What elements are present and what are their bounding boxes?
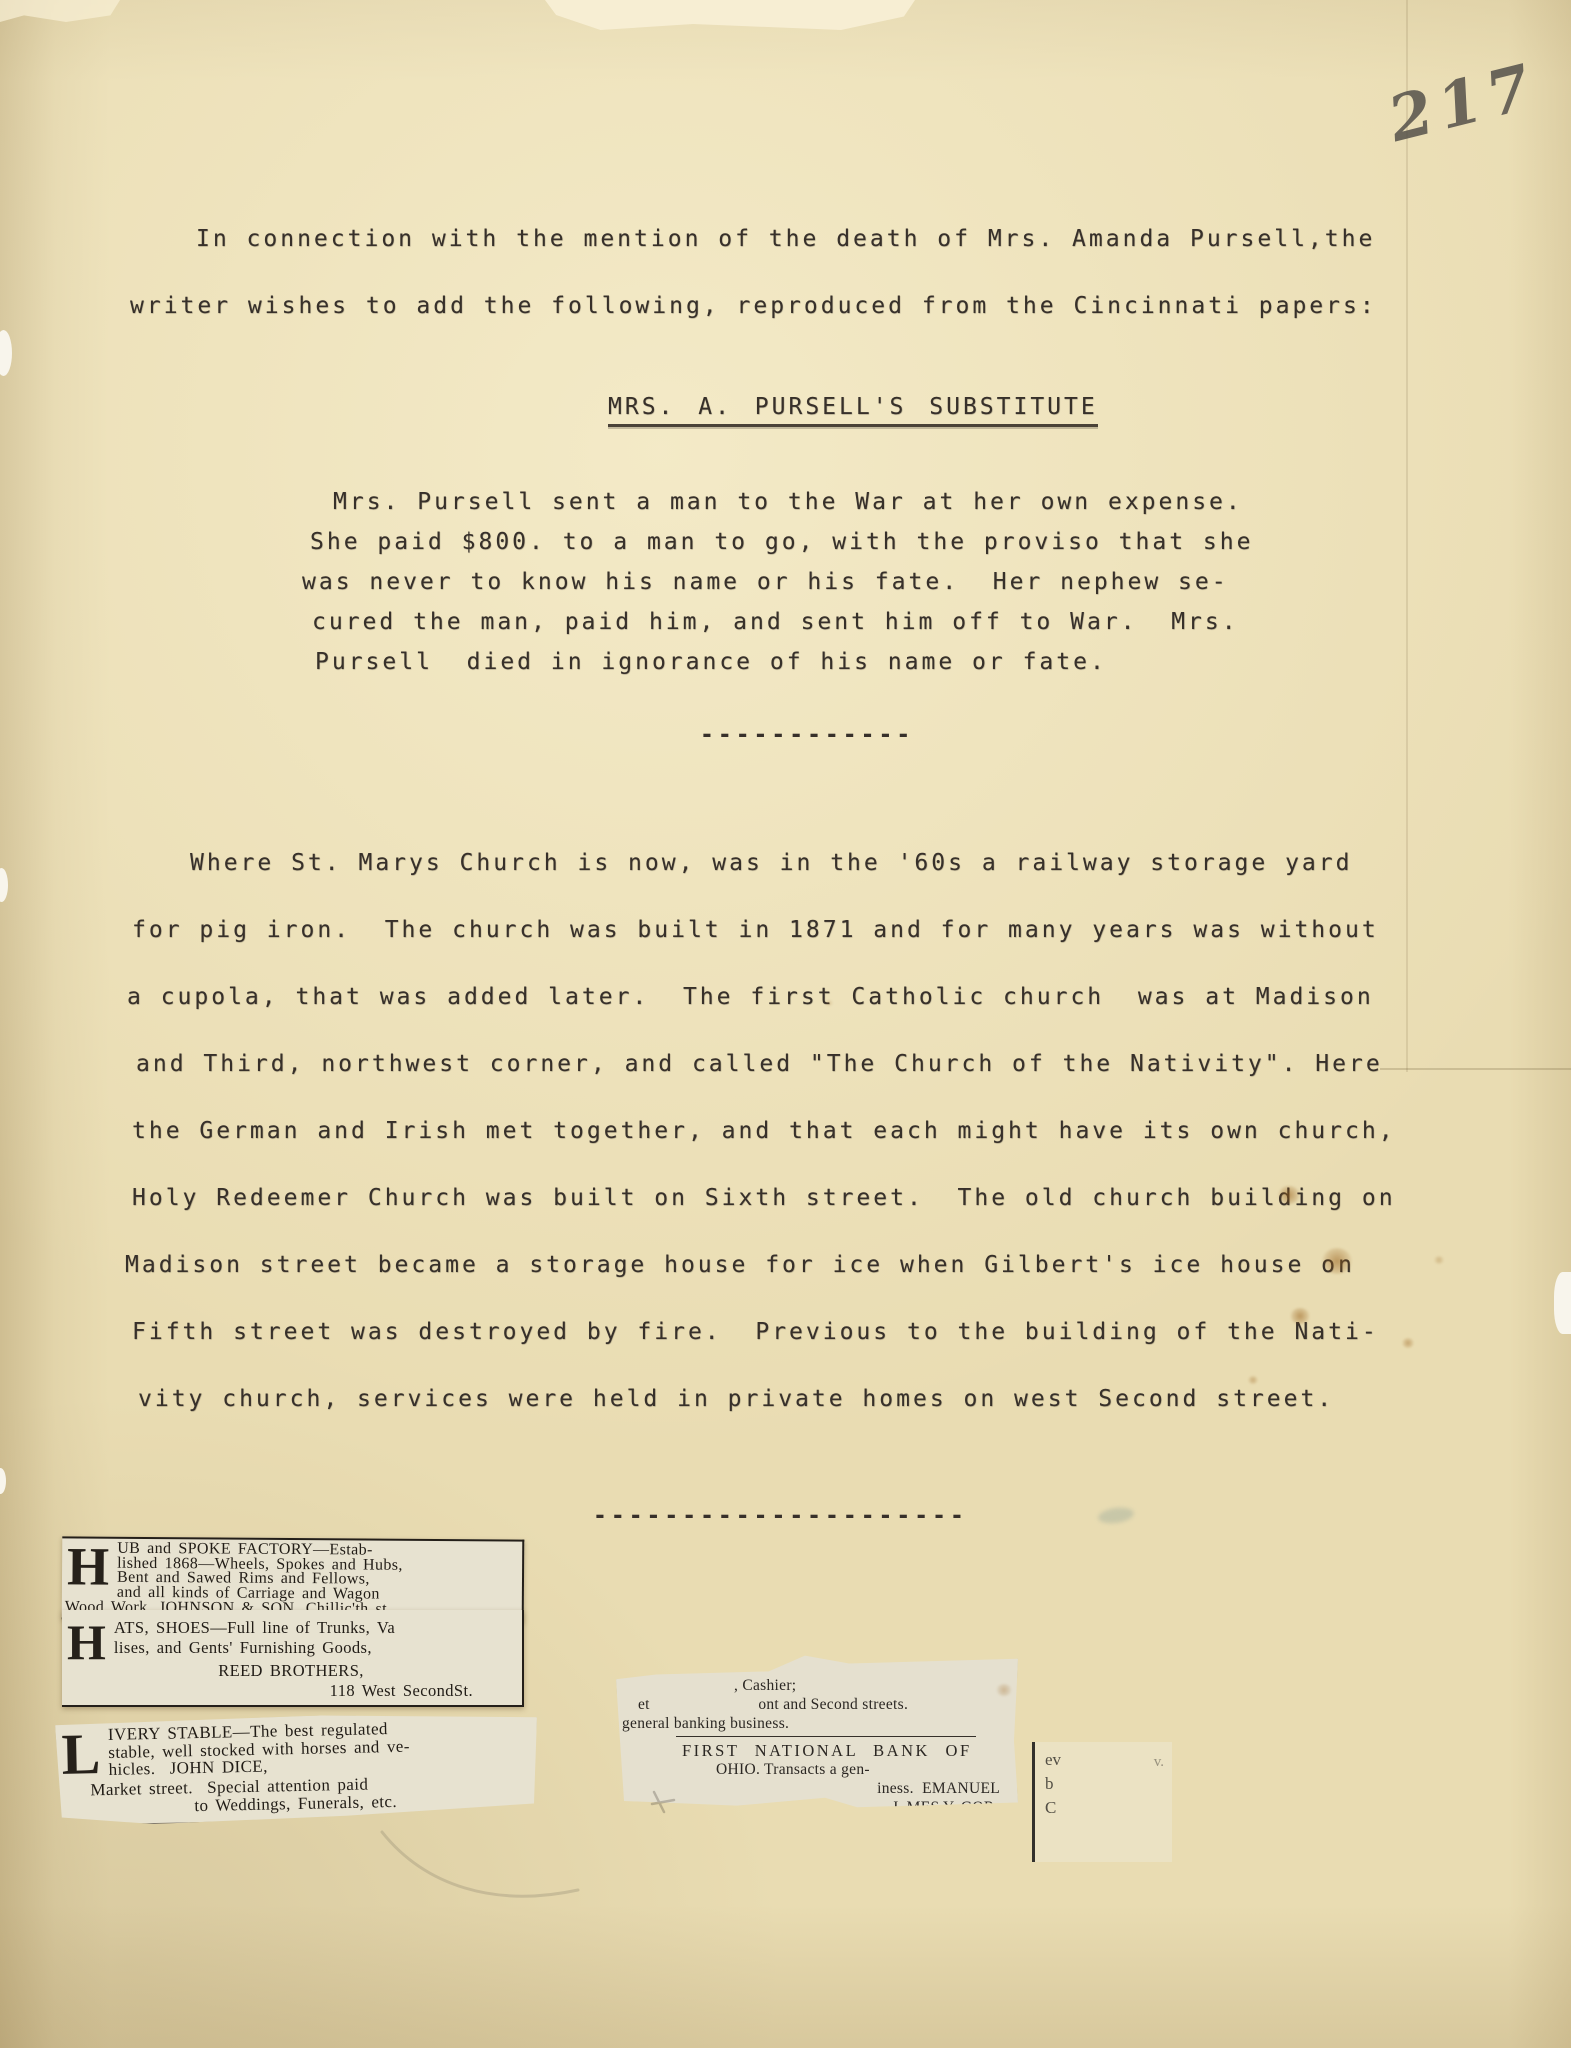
typed-line: She paid $800. to a man to go, with the … <box>310 522 1253 562</box>
scanned-page: 217 In connection with the mention of th… <box>0 0 1571 2048</box>
article-title: MRS. A. PURSELL'S SUBSTITUTE <box>608 394 1098 427</box>
clipping-address: 118 West SecondSt. <box>65 1681 517 1701</box>
edge-tear <box>1554 1272 1571 1334</box>
clipping-line: general banking business. <box>616 1714 1018 1733</box>
clipping-line: et ont and Second streets. <box>616 1695 1018 1714</box>
typed-line: and Third, northwest corner, and called … <box>136 1031 1396 1098</box>
typed-line: Madison street became a storage house fo… <box>125 1232 1396 1299</box>
typed-line: In connection with the mention of the de… <box>196 206 1377 273</box>
clipping-line: , Cashier; <box>616 1676 1018 1695</box>
typed-line: was never to know his name or his fate. … <box>302 562 1253 602</box>
edge-tear <box>0 868 8 902</box>
stain <box>996 1684 1012 1696</box>
typed-line: Holy Redeemer Church was built on Sixth … <box>132 1165 1396 1232</box>
clipping-line: OHIO. Transacts a gen- <box>616 1760 1018 1779</box>
paper-crease <box>1380 1068 1571 1070</box>
clipping-bank-title: FIRST NATIONAL BANK OF <box>616 1741 1018 1760</box>
fragment-mark: v. <box>1154 1750 1164 1774</box>
stain <box>825 1000 833 1006</box>
article-quote: Mrs. Pursell sent a man to the War at he… <box>302 482 1253 682</box>
column-rule <box>676 1736 976 1737</box>
stain <box>1434 1256 1444 1264</box>
typed-line: Mrs. Pursell sent a man to the War at he… <box>333 482 1253 522</box>
typed-line: a cupola, that was added later. The firs… <box>127 964 1396 1031</box>
typed-line: vity church, services were held in priva… <box>138 1366 1396 1433</box>
column-rule <box>934 1823 989 1825</box>
torn-paper-edge <box>545 0 915 30</box>
typed-line: for pig iron. The church was built in 18… <box>132 897 1396 964</box>
clipping-firm-name: REED BROTHERS, <box>65 1661 517 1681</box>
stain <box>1322 1248 1352 1274</box>
typed-line: Pursell died in ignorance of his name or… <box>315 642 1253 682</box>
clipping-hats-shoes: H ATS, SHOES—Full line of Trunks, Va lis… <box>62 1610 524 1707</box>
dashed-divider: --------------------- <box>593 1503 968 1529</box>
fragment-line: b <box>1045 1772 1172 1796</box>
dashed-divider: ------------ <box>700 722 914 748</box>
clipping-line: lises, and Gents' Furnishing Goods, <box>65 1638 517 1658</box>
paper-crease <box>1406 0 1408 1072</box>
torn-paper-edge <box>0 0 120 22</box>
stain <box>1248 1376 1258 1384</box>
edge-tear <box>0 330 12 376</box>
typed-line: Fifth street was destroyed by fire. Prev… <box>132 1299 1396 1366</box>
typed-line: Where St. Marys Church is now, was in th… <box>190 830 1396 897</box>
fragment-line: C <box>1045 1796 1172 1820</box>
pencil-mark <box>648 1788 682 1818</box>
clipping-line: ATS, SHOES—Full line of Trunks, Va <box>65 1618 517 1638</box>
stain <box>1402 1338 1414 1348</box>
pencil-curve <box>370 1824 590 1914</box>
stain <box>1278 1186 1300 1204</box>
stain <box>1290 1308 1310 1324</box>
drop-cap: L <box>61 1729 101 1782</box>
typed-line: cured the man, paid him, and sent him of… <box>312 602 1253 642</box>
smudge <box>1097 1506 1135 1526</box>
clipping-livery-stable: L IVERY STABLE—The best regulated stable… <box>55 1711 539 1826</box>
drop-cap: H <box>67 1544 109 1600</box>
typed-line: the German and Irish met together, and t… <box>132 1098 1396 1165</box>
history-paragraph: Where St. Marys Church is now, was in th… <box>132 830 1396 1433</box>
intro-paragraph: In connection with the mention of the de… <box>130 206 1377 340</box>
drop-cap: H <box>67 1621 106 1661</box>
clipping-fragment: ev b C v. <box>1032 1742 1172 1862</box>
typed-line: writer wishes to add the following, repr… <box>130 273 1377 340</box>
edge-tear <box>0 1468 6 1494</box>
